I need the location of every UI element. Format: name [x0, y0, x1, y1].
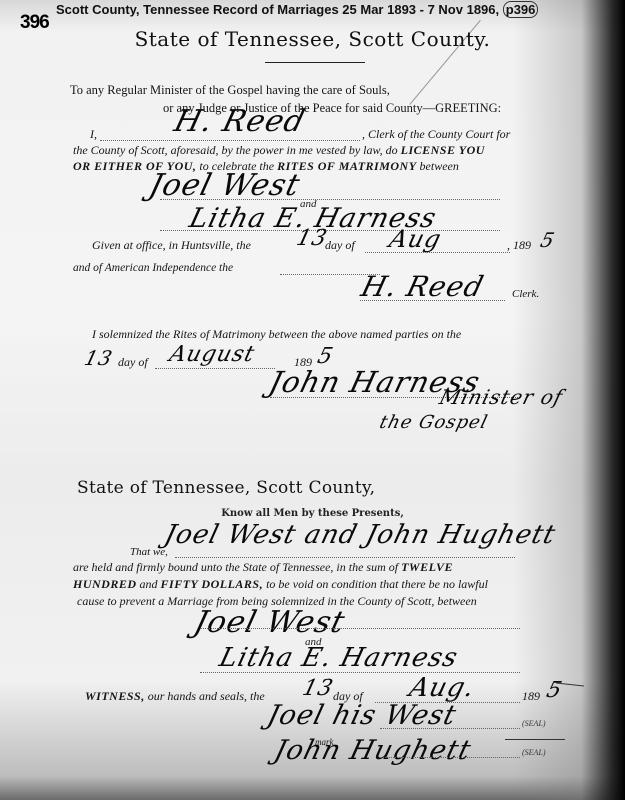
witness-year-prefix: 189 — [522, 689, 540, 704]
scanned-document-page: 396 Scott County, Tennessee Record of Ma… — [0, 0, 625, 800]
bond-bride-name: Litha E. Harness — [216, 643, 461, 673]
signature-john-hughett: John Hughett — [271, 735, 474, 766]
license-caps-license-you: LICENSE YOU — [401, 143, 485, 157]
clerk-sign-field — [360, 300, 505, 301]
record-caption-text: Scott County, Tennessee Record of Marria… — [56, 2, 499, 17]
seal-label-2: (SEAL) — [522, 748, 546, 757]
seal-line-1 — [380, 728, 520, 729]
given-month-field — [365, 252, 510, 253]
clerk-prefix: I, — [90, 127, 97, 142]
clerk-signature-2: H. Reed — [358, 270, 488, 303]
witness-month: Aug. — [406, 673, 478, 703]
bond-line-3: HUNDRED and FIFTY DOLLARS, to be void on… — [73, 577, 488, 592]
license-line-2-text: the County of Scott, aforesaid, by the p… — [73, 143, 398, 157]
bond-caps-hundred: HUNDRED — [73, 577, 137, 591]
witness-day: 13 — [300, 676, 336, 701]
independence-text: and of American Independence the — [73, 262, 233, 274]
minister-title-1: Minister of — [437, 385, 566, 409]
seal-line-2 — [380, 757, 520, 758]
given-year-prefix: , 189 — [507, 238, 531, 253]
signature-underline — [505, 739, 565, 740]
clerk-name-field — [100, 140, 360, 141]
bond-parties: Joel West and John Hughett — [161, 520, 559, 550]
bond-parties-field — [175, 557, 515, 558]
given-at-office: Given at office, in Huntsville, the — [92, 238, 251, 253]
bond-line-3-and: and — [140, 577, 158, 591]
witness-text: our hands and seals, the — [148, 689, 265, 703]
bond-subtitle: Know all Men by these Presents, — [0, 508, 625, 519]
record-caption: Scott County, Tennessee Record of Marria… — [56, 2, 538, 17]
witness-year-digit: 5 — [544, 678, 565, 703]
bond-groom-field — [200, 628, 520, 629]
bond-groom-name: Joel West — [191, 605, 349, 640]
solemnization-text: I solemnized the Rites of Matrimony betw… — [92, 327, 461, 342]
seal-label-1: (SEAL) — [522, 719, 546, 728]
bond-line-2-text: are held and firmly bound unto the State… — [73, 560, 398, 574]
witness-caps: WITNESS, — [85, 689, 145, 703]
given-year-digit: 5 — [538, 228, 558, 252]
bond-caps-twelve: TWELVE — [401, 560, 453, 574]
minister-title-2: the Gospel — [377, 412, 490, 433]
clerk-suffix: , Clerk of the County Court for — [362, 127, 510, 142]
bond-caps-fifty-dollars: FIFTY DOLLARS, — [161, 577, 264, 591]
given-month: Aug — [387, 225, 445, 253]
signature-joel-west: Joel his West — [264, 700, 460, 731]
solemnization-day: 13 — [82, 346, 115, 370]
bond-line-3-text: to be void on condition that there be no… — [266, 577, 488, 591]
license-title: State of Tennessee, Scott County. — [0, 27, 625, 51]
solemnization-day-of: day of — [118, 355, 148, 370]
license-line-2: the County of Scott, aforesaid, by the p… — [73, 143, 485, 158]
clerk-signature: H. Reed — [171, 104, 309, 139]
witness-line: WITNESS, our hands and seals, the — [85, 689, 265, 704]
solemnization-month: August — [167, 342, 258, 367]
license-line-3-end: between — [420, 159, 459, 173]
record-caption-page: p396 — [503, 1, 539, 18]
solemnization-month-field — [155, 368, 275, 369]
bond-line-2: are held and firmly bound unto the State… — [73, 560, 453, 575]
license-groom-name: Joel West — [146, 168, 304, 203]
greeting-line-1: To any Regular Minister of the Gospel ha… — [70, 83, 390, 98]
bond-title: State of Tennessee, Scott County, — [77, 478, 375, 498]
given-day-of-label: day of — [325, 238, 355, 253]
clerk-label: Clerk. — [512, 288, 539, 300]
title-rule — [265, 62, 365, 63]
